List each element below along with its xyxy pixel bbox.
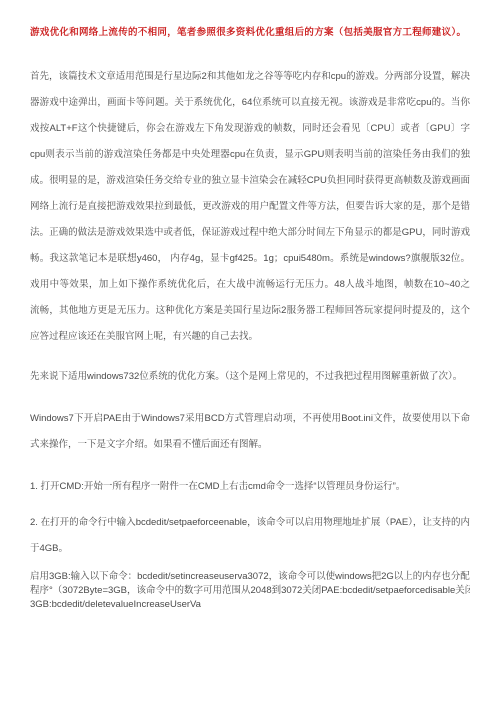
- paragraph: 先来说下适用windows732位系统的优化方案。（这个是网上常见的，不过我把过…: [30, 364, 470, 390]
- text-line: 网络上流行是直接把游戏效果拉到最低，更改游戏的用户配置文件等方法，但要告诉大家的…: [30, 194, 470, 220]
- paragraph: 启用3GB:输入以下命令：bcdedit/setincreaseuserva30…: [30, 570, 470, 612]
- text-line: cpu则表示当前的游戏渲染任务都是中央处理器cpu在负责，显示GPU则表明当前的…: [30, 142, 470, 168]
- text-line: 1. 打开CMD:开始一所有程序一附件一在CMD上右击cmd命令一选择“以管理员…: [30, 474, 470, 500]
- text-line: 畅。我这款笔记本是联想y460， 内存4g，显卡gf425。1g；cpui548…: [30, 246, 470, 272]
- text-line: 戏用中等效果，加上如下操作系统优化后，在大战中流畅运行无压力。48人战斗地图，帧…: [30, 272, 470, 298]
- paragraph: Windows7下开启PAE由于Windows7采用BCD方式管理启动项，不再使…: [30, 406, 470, 458]
- paragraph: 1. 打开CMD:开始一所有程序一附件一在CMD上右击cmd命令一选择“以管理员…: [30, 474, 470, 500]
- text-line: 程序°（3072Byte=3GB，该命令中的数字可用范围从2048到3072关闭…: [30, 584, 470, 598]
- article-title: 游戏优化和网络上流传的不相同，笔者参照很多资料优化重组后的方案（包括美服官方工程…: [30, 26, 470, 40]
- text-line: 先来说下适用windows732位系统的优化方案。（这个是网上常见的，不过我把过…: [30, 364, 470, 390]
- text-line: 器游戏中途弹出，画面卡等问题。关于系统优化，64位系统可以直接无视。该游戏是非常…: [30, 90, 470, 116]
- article-page: 游戏优化和网络上流传的不相同，笔者参照很多资料优化重组后的方案（包括美服官方工程…: [0, 0, 500, 707]
- text-line: 式来操作，一下是文字介绍。如果看不懂后面还有图解。: [30, 432, 470, 458]
- text-line: 成。很明显的是，游戏渲染任务交给专业的独立显卡渲染会在减轻CPU负担同时获得更高…: [30, 168, 470, 194]
- text-line: 于4GB。: [30, 536, 470, 562]
- text-line: 首先，该篇技术文章适用范围是行星边际2和其他如龙之谷等等吃内存和cpu的游戏。分…: [30, 64, 470, 90]
- paragraph: 2. 在打开的命令行中输入bcdedit/setpaeforceenable，该…: [30, 510, 470, 562]
- text-line: 应答过程应该还在美服官网上呢，有兴趣的自己去找。: [30, 324, 470, 350]
- text-line: Windows7下开启PAE由于Windows7采用BCD方式管理启动项，不再使…: [30, 406, 470, 432]
- text-line: 流畅，其他地方更是无压力。这种优化方案是美国行星边际2服务器工程师回答玩家提问时…: [30, 298, 470, 324]
- text-line: 启用3GB:输入以下命令：bcdedit/setincreaseuserva30…: [30, 570, 470, 584]
- text-line: 3GB:bcdedit/deletevalueIncreaseUserVa: [30, 598, 470, 612]
- text-line: 法。正确的做法是游戏效果选中或者低，保证游戏过程中绝大部分时间左下角显示的都是G…: [30, 220, 470, 246]
- paragraph: 首先，该篇技术文章适用范围是行星边际2和其他如龙之谷等等吃内存和cpu的游戏。分…: [30, 64, 470, 350]
- article-body: 首先，该篇技术文章适用范围是行星边际2和其他如龙之谷等等吃内存和cpu的游戏。分…: [30, 64, 470, 612]
- text-line: 2. 在打开的命令行中输入bcdedit/setpaeforceenable，该…: [30, 510, 470, 536]
- text-line: 戏按ALT+F这个快捷键后，你会在游戏左下角发现游戏的帧数，同时还会看见〔CPU…: [30, 116, 470, 142]
